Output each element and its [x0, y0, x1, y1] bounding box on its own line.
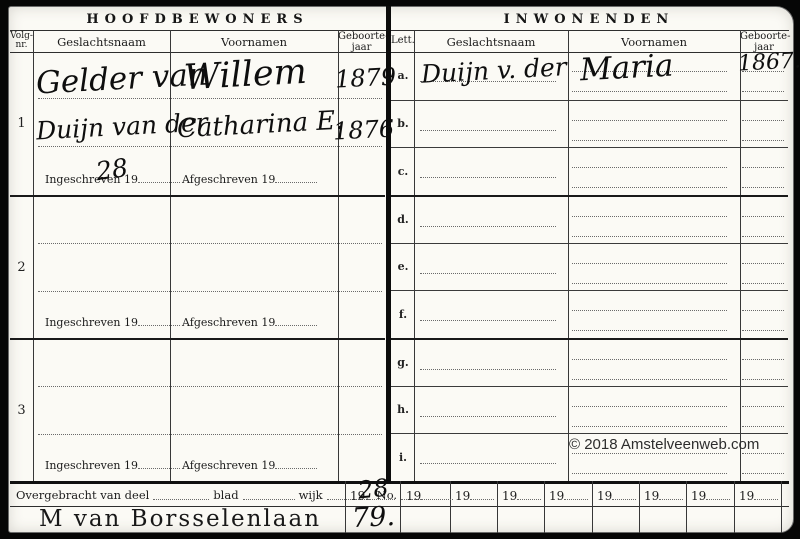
grid-line: [10, 30, 789, 31]
column-header-voornamen: Voornamen: [170, 36, 338, 48]
dotted-writing-line: [572, 283, 727, 284]
dotted-writing-line: [742, 330, 784, 331]
afgeschreven-text: Afgeschreven 19: [182, 459, 275, 472]
footer-year-text: 19: [644, 489, 659, 503]
dotted-fill: [470, 491, 494, 500]
overgebracht-label: Overgebracht van deel: [16, 488, 149, 502]
dotted-writing-line: [572, 167, 727, 168]
dotted-writing-line: [742, 120, 784, 121]
column-header-volgnr: Volg- nr.: [10, 32, 33, 51]
dotted-fill: [153, 491, 209, 500]
dotted-fill: [754, 491, 778, 500]
inwonenden-row-b: b.: [390, 100, 788, 148]
footer-year-cell: 19: [597, 489, 636, 503]
dotted-writing-line: [38, 243, 382, 244]
footer-year-text: 19: [502, 489, 517, 503]
dotted-writing-line: [420, 369, 556, 370]
dotted-writing-line: [572, 379, 727, 380]
dotted-fill: [612, 491, 636, 500]
grid-line: [686, 481, 687, 533]
inwonenden-row-c: c.: [390, 147, 788, 195]
population-register-scan: HOOFDBEWONERS INWONENDEN Volg- nr. Gesla…: [0, 0, 800, 539]
dotted-writing-line: [742, 406, 784, 407]
afgeschreven-text: Afgeschreven 19: [182, 173, 275, 186]
handwriting-ingeschreven-year: 28: [94, 155, 129, 184]
footer-year-text: 19: [406, 489, 421, 503]
footer-year-text: 19: [597, 489, 612, 503]
column-header-geslachtsnaam: Geslachtsnaam: [33, 36, 170, 48]
dotted-writing-line: [572, 263, 727, 264]
letter-label: g.: [392, 340, 414, 386]
dotted-writing-line: [572, 236, 727, 237]
dotted-writing-line: [572, 310, 727, 311]
dotted-writing-line: [742, 167, 784, 168]
grid-line: [781, 481, 782, 533]
handwriting-inwonende-geboortejaar: 1867.: [737, 50, 800, 75]
grid-line: [734, 481, 735, 533]
letter-label: d.: [392, 197, 414, 243]
letter-label: i.: [392, 434, 414, 481]
footer-year-cell: 19: [502, 489, 541, 503]
grid-line: [544, 481, 545, 533]
footer-year-cell: 19: [406, 489, 445, 503]
dotted-writing-line: [38, 291, 382, 292]
dotted-writing-line: [420, 320, 556, 321]
column-header-lett: Lett.: [391, 36, 414, 47]
ingeschreven-label: Ingeschreven 19: [45, 459, 180, 472]
dotted-writing-line: [572, 140, 727, 141]
column-header-geboortejaar: Geboorte- jaar: [338, 32, 385, 53]
dotted-writing-line: [742, 263, 784, 264]
dotted-writing-line: [38, 146, 382, 147]
letter-label: e.: [392, 244, 414, 291]
footer-year-cell: 19: [739, 489, 778, 503]
address-stamp: M van Borsselenlaan: [30, 506, 330, 532]
dotted-fill: [243, 491, 295, 500]
footer-year-text: 19: [549, 489, 564, 503]
footer-year-cell: 19: [455, 489, 494, 503]
dotted-writing-line: [572, 216, 727, 217]
letter-label: b.: [392, 101, 414, 148]
dotted-writing-line: [742, 310, 784, 311]
inwonenden-row-h: h.: [390, 386, 788, 434]
dotted-writing-line: [572, 187, 727, 188]
dotted-writing-line: [742, 216, 784, 217]
dotted-writing-line: [742, 283, 784, 284]
dotted-writing-line: [572, 406, 727, 407]
dotted-writing-line: [572, 120, 727, 121]
dotted-fill: [138, 460, 180, 469]
dotted-fill: [275, 174, 317, 183]
handwriting-inwonende-voornamen: Maria: [579, 51, 674, 87]
grid-line: [639, 481, 640, 533]
footer-year-cell: 19: [549, 489, 588, 503]
dotted-fill: [659, 491, 683, 500]
wijk-label: wijk: [299, 488, 323, 502]
volgnr-value: 2: [10, 197, 33, 338]
column-header-geslachtsnaam: Geslachtsnaam: [414, 36, 568, 48]
dotted-writing-line: [38, 434, 382, 435]
handwriting-inwonende-geslachtsnaam: Duijn v. der: [420, 54, 567, 87]
column-header-geboortejaar-line1: Geboorte-: [338, 32, 385, 43]
dotted-writing-line: [742, 187, 784, 188]
volgnr-value: 1: [10, 52, 33, 195]
letter-label: f.: [392, 291, 414, 338]
hoofdbewoners-title: HOOFDBEWONERS: [10, 12, 385, 27]
handwriting-footer-year: 28: [357, 475, 390, 502]
afgeschreven-label: Afgeschreven 19: [182, 173, 317, 186]
dotted-writing-line: [742, 236, 784, 237]
handwriting-geboortejaar-1: 1879: [334, 64, 396, 91]
volgnr-value: 3: [10, 340, 33, 481]
footer-year-cell: 19: [691, 489, 730, 503]
dotted-fill: [275, 460, 317, 469]
dotted-writing-line: [38, 386, 382, 387]
ingeschreven-text: Ingeschreven 19: [45, 316, 138, 329]
dotted-fill: [564, 491, 588, 500]
dotted-writing-line: [572, 359, 727, 360]
inwonenden-row-e: e.: [390, 243, 788, 291]
letter-label: h.: [392, 387, 414, 434]
dotted-writing-line: [420, 463, 556, 464]
dotted-writing-line: [572, 473, 727, 474]
inwonenden-rows: a. b. c. d.: [390, 52, 788, 481]
dotted-fill: [275, 317, 317, 326]
footer-year-text: 19: [455, 489, 470, 503]
grid-line: [592, 481, 593, 533]
footer-year-cell: 19: [644, 489, 683, 503]
dotted-writing-line: [742, 473, 784, 474]
column-header-voornamen: Voornamen: [568, 36, 740, 48]
copyright-watermark: © 2018 Amstelveenweb.com: [569, 436, 759, 453]
dotted-writing-line: [742, 453, 784, 454]
dotted-writing-line: [420, 130, 556, 131]
column-header-volgnr-line2: nr.: [10, 41, 33, 50]
inwonenden-row-d: d.: [390, 195, 788, 243]
column-header-geboortejaar-line1: Geboorte-: [740, 32, 788, 43]
dotted-fill: [421, 491, 445, 500]
hoofdbewoners-section-2: 2 Ingeschreven 19 Afgeschreven 19: [10, 195, 385, 338]
letter-label: c.: [392, 148, 414, 195]
dotted-writing-line: [572, 330, 727, 331]
footer-year-text: 19: [739, 489, 754, 503]
handwriting-geboortejaar-2: 1876: [332, 116, 394, 143]
dotted-writing-line: [742, 91, 784, 92]
ingeschreven-text: Ingeschreven 19: [45, 459, 138, 472]
dotted-writing-line: [420, 416, 556, 417]
grid-line: [400, 481, 401, 533]
dotted-fill: [706, 491, 730, 500]
dotted-writing-line: [742, 379, 784, 380]
ingeschreven-label: Ingeschreven 19: [45, 316, 180, 329]
inwonenden-row-g: g.: [390, 338, 788, 386]
grid-line: [497, 481, 498, 533]
dotted-fill: [138, 174, 180, 183]
overgebracht-line: Overgebracht van deel blad wijk No.: [16, 488, 342, 502]
dotted-writing-line: [572, 426, 727, 427]
dotted-writing-line: [420, 273, 556, 274]
footer-year-text: 19: [691, 489, 706, 503]
inwonenden-title: INWONENDEN: [390, 12, 788, 27]
dotted-writing-line: [742, 359, 784, 360]
dotted-fill: [517, 491, 541, 500]
grid-line: [345, 481, 346, 533]
inwonenden-row-f: f.: [390, 290, 788, 338]
dotted-writing-line: [572, 91, 727, 92]
dotted-writing-line: [742, 426, 784, 427]
afgeschreven-text: Afgeschreven 19: [182, 316, 275, 329]
dotted-fill: [138, 317, 180, 326]
hoofdbewoners-section-3: 3 Ingeschreven 19 Afgeschreven 19: [10, 338, 385, 481]
grid-line: [450, 481, 451, 533]
dotted-writing-line: [420, 226, 556, 227]
afgeschreven-label: Afgeschreven 19: [182, 459, 317, 472]
blad-label: blad: [213, 488, 238, 502]
dotted-writing-line: [572, 453, 727, 454]
dotted-writing-line: [742, 140, 784, 141]
dotted-writing-line: [420, 177, 556, 178]
handwriting-voornamen-1: Willem: [183, 55, 308, 96]
afgeschreven-label: Afgeschreven 19: [182, 316, 317, 329]
handwriting-house-number: 79.: [351, 503, 395, 532]
